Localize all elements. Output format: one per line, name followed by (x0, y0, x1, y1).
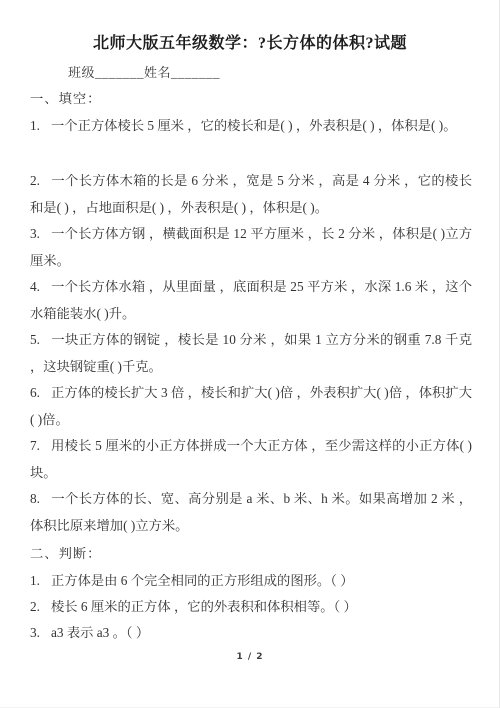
question-number: 6. (30, 385, 51, 400)
section-heading-true-false: 二、判断： (30, 541, 101, 568)
question-text: 一块正方体的钢锭 ，棱长是 10 分米 ，如果 1 立方分米的钢重 7.8 千克… (30, 332, 472, 374)
page-number: 1 / 2 (0, 652, 500, 662)
question-text: 正方体是由 6 个完全相同的正方形组成的图形。（ ） (51, 573, 354, 588)
student-info-line: 班级_______姓名_______ (68, 63, 220, 83)
fill-question-6: 6.正方体的棱长扩大 3 倍 ，棱长和扩大( )倍 ，外表积扩大( )倍 ，体积… (30, 380, 472, 433)
fill-question-5: 5.一块正方体的钢锭 ，棱长是 10 分米 ，如果 1 立方分米的钢重 7.8 … (30, 327, 472, 380)
question-text: 一个正方体棱长 5 厘米 ，它的棱长和是( ) ，外表积是( ) ，体积是( )… (51, 118, 457, 133)
question-number: 5. (30, 332, 51, 347)
question-text: 正方体的棱长扩大 3 倍 ，棱长和扩大( )倍 ，外表积扩大( )倍 ，体积扩大… (30, 385, 472, 427)
question-number: 1. (30, 573, 51, 588)
question-text: a3 表示 a3 。（ ） (51, 625, 149, 640)
question-text: 一个长方体水箱 ，从里面量 ，底面积是 25 平方米 ，水深 1.6 米 ，这个… (30, 279, 472, 321)
fill-question-2: 2.一个长方体木箱的长是 6 分米 ，宽是 5 分米 ，高是 4 分米 ，它的棱… (30, 168, 472, 221)
test-paper-page: 北师大版五年级数学：?长方体的体积?试题 班级_______姓名_______ … (0, 0, 500, 708)
question-number: 2. (30, 173, 51, 188)
page-title: 北师大版五年级数学：?长方体的体积?试题 (0, 33, 500, 55)
question-number: 2. (30, 599, 51, 614)
question-number: 3. (30, 625, 51, 640)
question-number: 4. (30, 279, 51, 294)
question-number: 7. (30, 438, 51, 453)
judge-question-3: 3.a3 表示 a3 。（ ） (30, 620, 472, 647)
question-text: 一个长方体方钢 ，横截面积是 12 平方厘米 ，长 2 分米 ，体积是( )立方… (30, 226, 472, 268)
judge-question-1: 1.正方体是由 6 个完全相同的正方形组成的图形。（ ） (30, 568, 472, 595)
fill-question-3: 3.一个长方体方钢 ，横截面积是 12 平方厘米 ，长 2 分米 ，体积是( )… (30, 221, 472, 274)
fill-question-8: 8.一个长方体的长、宽、高分别是 a 米、b 米、h 米。如果高增加 2 米 ，… (30, 486, 472, 539)
judge-question-2: 2.棱长 6 厘米的正方体 ，它的外表积和体积相等。（ ） (30, 594, 472, 621)
fill-question-4: 4.一个长方体水箱 ，从里面量 ，底面积是 25 平方米 ，水深 1.6 米 ，… (30, 274, 472, 327)
question-text: 棱长 6 厘米的正方体 ，它的外表积和体积相等。（ ） (51, 599, 357, 614)
question-number: 3. (30, 226, 51, 241)
fill-question-7: 7.用棱长 5 厘米的小正方体拼成一个大正方体 ，至少需这样的小正方体( )块。 (30, 433, 472, 486)
fill-question-1: 1.一个正方体棱长 5 厘米 ，它的棱长和是( ) ，外表积是( ) ，体积是(… (30, 113, 472, 140)
question-text: 一个长方体木箱的长是 6 分米 ，宽是 5 分米 ，高是 4 分米 ，它的棱长和… (30, 173, 472, 215)
question-text: 用棱长 5 厘米的小正方体拼成一个大正方体 ，至少需这样的小正方体( )块。 (30, 438, 472, 480)
section-heading-fill-in-blanks: 一、填空： (30, 86, 101, 113)
question-number: 8. (30, 491, 51, 506)
question-text: 一个长方体的长、宽、高分别是 a 米、b 米、h 米。如果高增加 2 米 ，体积… (30, 491, 472, 533)
question-number: 1. (30, 118, 51, 133)
